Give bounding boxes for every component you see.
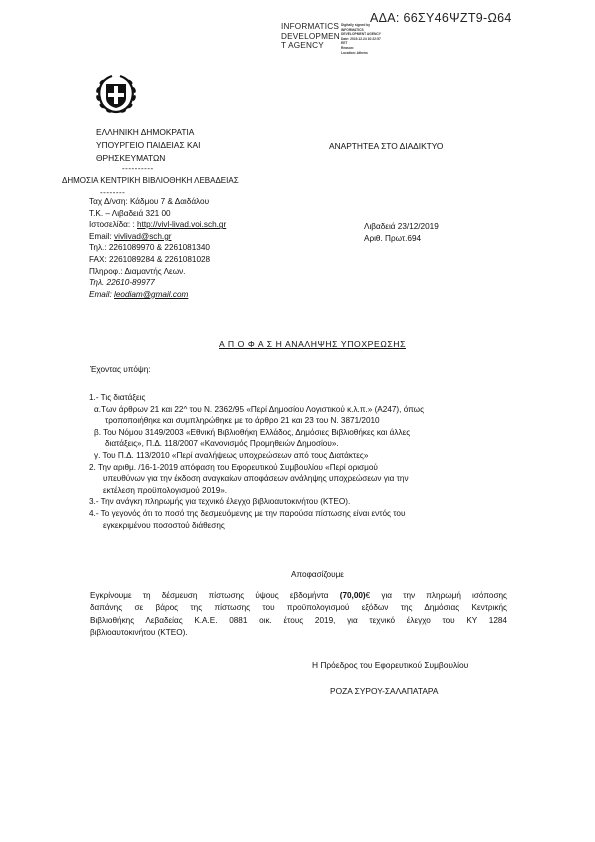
intro-text: Έχοντας υπόψη:: [90, 365, 151, 374]
info-contact: Πληροφ.: Διαμαντής Λεων.: [89, 266, 226, 278]
agency-logo: INFORMATICS DEVELOPMEN T AGENCY: [281, 22, 340, 51]
posting-notice: ΑΝΑΡΤΗΤΕΑ ΣΤΟ ΔΙΑΔΙΚΤΥΟ: [329, 141, 443, 151]
digital-signature-stamp: Digitally signed by INFORMATICS DEVELOPM…: [341, 23, 381, 55]
ministry-label-cont: ΘΡΗΣΚΕΥΜΑΤΩΝ: [96, 152, 200, 165]
email-label: Email:: [89, 232, 114, 241]
ada-code: ΑΔΑ: 66ΣΥ46ΨΖΤ9-Ω64: [370, 11, 512, 25]
decision-amount: (70,00): [340, 591, 366, 600]
info-email-link[interactable]: leodiam@gmail.com: [114, 290, 188, 299]
fax: FAX: 2261089284 & 2261081028: [89, 254, 226, 266]
republic-label: ΕΛΛΗΝΙΚΗ ΔΗΜΟΚΡΑΤΙΑ: [96, 126, 200, 139]
agency-logo-line: INFORMATICS: [281, 22, 340, 32]
contact-block: Ταχ Δ/νση: Κάδμου 7 & Δαιδάλου Τ.Κ. – Λι…: [89, 196, 226, 300]
list-item: 4.- Το γεγονός ότι το ποσό της δεσμευόμε…: [89, 508, 424, 520]
library-name: ΔΗΜΟΣΙΑ ΚΕΝΤΡΙΚΗ ΒΙΒΛΙΟΘΗΚΗ ΛΕΒΑΔΕΙΑΣ: [62, 176, 239, 185]
list-item: εκτέλεση προϋπολογισμού 2019».: [89, 485, 424, 497]
email-link[interactable]: vivlivad@sch.gr: [114, 232, 171, 241]
list-item: β. Του Νόμου 3149/2003 «Εθνική Βιβλιοθήκ…: [89, 427, 424, 439]
website-link[interactable]: http://vivl-livad.voi.sch.gr: [137, 220, 226, 229]
list-item: διατάξεις», Π.Δ. 118/2007 «Κανονισμός Πρ…: [89, 438, 424, 450]
decision-line: βιβλιοαυτοκινήτου (ΚΤΕΟ).: [90, 627, 507, 639]
stamp-line: Location: Athens: [341, 51, 381, 56]
decision-paragraph: Εγκρίνουμε τη δέσμευση πίστωσης ύψους εβ…: [90, 590, 507, 640]
email-row: Email: vivlivad@sch.gr: [89, 231, 226, 243]
date-block: Λιβαδειά 23/12/2019 Αριθ. Πρωτ.694: [364, 221, 439, 245]
phone: Τηλ.: 2261089970 & 2261081340: [89, 242, 226, 254]
info-phone: Τηλ. 22610-89977: [89, 277, 226, 289]
website-label: Ιστοσελίδα: :: [89, 220, 137, 229]
ministry-label: ΥΠΟΥΡΓΕΙΟ ΠΑΙΔΕΙΑΣ ΚΑΙ: [96, 139, 200, 152]
list-item: 1.- Τις διατάξεις: [89, 392, 424, 404]
info-email-label: Email:: [89, 290, 114, 299]
list-item: 2. Την αριθμ. /16-1-2019 απόφαση του Εφο…: [89, 462, 424, 474]
list-item: α.Των άρθρων 21 και 22^ του Ν. 2362/95 «…: [89, 404, 424, 416]
document-title: Α Π Ο Φ Α Σ Η ΑΝΑΛΗΨΗΣ ΥΠΟΧΡΕΩΣΗΣ: [0, 339, 595, 349]
website-row: Ιστοσελίδα: : http://vivl-livad.voi.sch.…: [89, 219, 226, 231]
list-item: γ. Του Π.Δ. 113/2010 «Περί αναλήψεως υπο…: [89, 450, 424, 462]
decision-line: Βιβλιοθήκης Λεβαδείας Κ.Α.Ε. 0881 οικ. έ…: [90, 615, 507, 627]
list-item: εγκεκριμένου ποσοστού διάθεσης: [89, 520, 424, 532]
decision-line: δαπάνης σε βάρος της πίστωσης του προϋπο…: [90, 602, 507, 614]
decision-text: Εγκρίνουμε τη δέσμευση πίστωσης ύψους εβ…: [90, 591, 340, 600]
protocol-number: Αριθ. Πρωτ.694: [364, 233, 439, 245]
sender-header: ΕΛΛΗΝΙΚΗ ΔΗΜΟΚΡΑΤΙΑ ΥΠΟΥΡΓΕΙΟ ΠΑΙΔΕΙΑΣ Κ…: [96, 126, 200, 164]
agency-logo-line: T AGENCY: [281, 41, 340, 51]
decision-line: Εγκρίνουμε τη δέσμευση πίστωσης ύψους εβ…: [90, 590, 507, 602]
considerations-list: 1.- Τις διατάξεις α.Των άρθρων 21 και 22…: [89, 392, 424, 531]
signatory-name: ΡΟΖΑ ΣΥΡΟΥ-ΣΑΛΑΠΑΤΑΡΑ: [330, 686, 438, 696]
signatory-role: Η Πρόεδρος του Εφορευτικού Συμβουλίου: [312, 660, 468, 670]
address: Ταχ Δ/νση: Κάδμου 7 & Δαιδάλου: [89, 196, 226, 208]
separator: ----------: [122, 164, 154, 173]
decision-text: € για την πληρωμή ισόποσης: [366, 591, 507, 600]
greek-coat-of-arms-icon: [92, 70, 140, 118]
document-date: Λιβαδειά 23/12/2019: [364, 221, 439, 233]
agency-logo-line: DEVELOPMEN: [281, 32, 340, 42]
list-item: υπευθύνων για την έκδοση αναγκαίων αποφά…: [89, 473, 424, 485]
decide-heading: Αποφασίζουμε: [0, 570, 595, 579]
list-item: 3.- Την ανάγκη πληρωμής για τεχνικό έλεγ…: [89, 496, 424, 508]
info-email-row: Email: leodiam@gmail.com: [89, 289, 226, 301]
postcode: Τ.Κ. – Λιβαδειά 321 00: [89, 208, 226, 220]
list-item: τροποποιήθηκε και συμπληρώθηκε με το άρθ…: [89, 415, 424, 427]
